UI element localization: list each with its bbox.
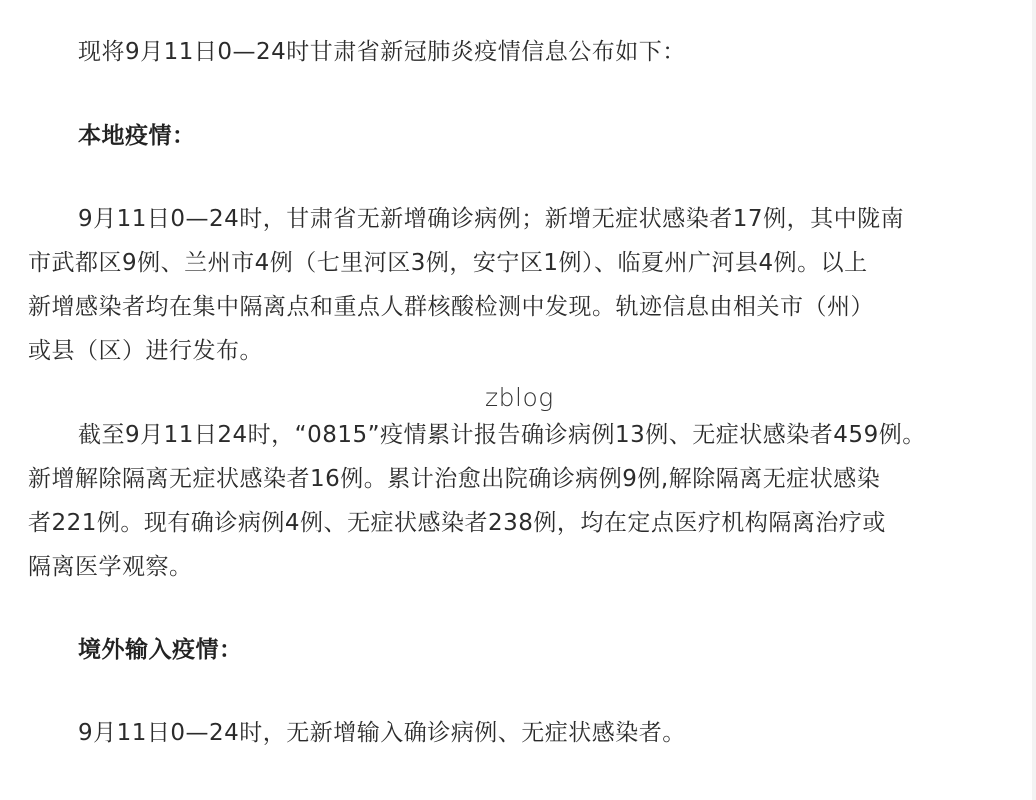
paragraph-line: 隔离医学观察。: [28, 546, 973, 590]
paragraph-line: 市武都区9例、兰州市4例（七里河区3例，安宁区1例）、临夏州广河县4例。以上: [28, 242, 973, 286]
heading-local-outbreak: 本地疫情：: [78, 115, 1023, 159]
paragraph-line: 或县（区）进行发布。: [28, 330, 973, 374]
heading-imported-outbreak: 境外输入疫情：: [78, 629, 1023, 673]
intro-text: 现将9月11日0—24时甘肃省新冠肺炎疫情信息公布如下：: [78, 31, 1023, 75]
paragraph-line: 新增感染者均在集中隔离点和重点人群核酸检测中发现。轨迹信息由相关市（州）: [28, 286, 973, 330]
watermark-text: zblog: [485, 383, 554, 412]
paragraph-line: 截至9月11日24时，“0815”疫情累计报告确诊病例13例、无症状感染者459…: [28, 414, 973, 458]
paragraph-line: 者221例。现有确诊病例4例、无症状感染者238例，均在定点医疗机构隔离治疗或: [28, 502, 973, 546]
imported-paragraph: 9月11日0—24时，无新增输入确诊病例、无症状感染者。: [78, 712, 1023, 756]
page-edge-divider: [1032, 0, 1036, 800]
paragraph-line: 新增解除隔离无症状感染者16例。累计治愈出院确诊病例9例,解除隔离无症状感染: [28, 458, 973, 502]
paragraph-line: 9月11日0—24时，甘肃省无新增确诊病例；新增无症状感染者17例，其中陇南: [28, 198, 973, 242]
